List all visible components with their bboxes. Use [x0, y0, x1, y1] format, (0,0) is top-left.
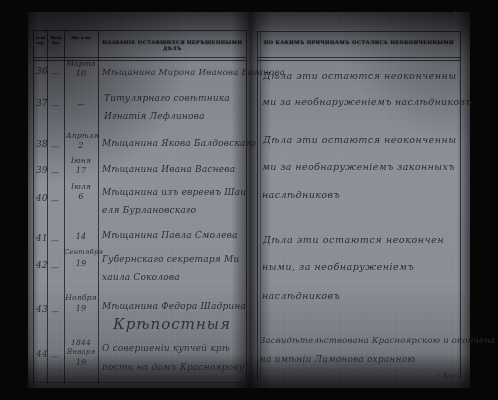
entry-line: пости на домъ Красноярову — [102, 363, 244, 373]
row-number: 37 — [36, 99, 48, 109]
handwritten-entry: Дѣла эти остаются неоконченны — [263, 135, 457, 146]
entry-line: Мѣщанина Якова Балдовскаго — [102, 139, 256, 149]
row-date: 14 — [66, 232, 96, 241]
entry-line: хаила Соколова — [102, 273, 180, 283]
row-date: Сентября — [64, 248, 98, 256]
entry-line: Мѣщанина Мирона Иванова Ваганова — [102, 68, 285, 78]
row-date: 19 — [66, 259, 96, 268]
entry-line: Мѣщанина Ивана Васнева — [102, 165, 235, 175]
left-table-bottom-rule — [33, 382, 246, 383]
row-date: 19 — [66, 304, 96, 313]
row-number: 43 — [36, 305, 48, 315]
row-date: 6 — [66, 192, 96, 201]
row-number: 41 — [36, 234, 48, 244]
row-date: Апрѣля — [66, 131, 96, 140]
section-heading: Крѣпостныя — [98, 315, 246, 333]
left-column-rule — [64, 30, 65, 384]
entry-line: Игнатія Лефлинова — [104, 112, 205, 122]
entry-line: Мѣщанина изъ евреевъ Шаи — [102, 188, 246, 198]
left-column-rule — [47, 30, 48, 384]
row-dash: — — [51, 263, 59, 272]
right-margin-rule — [257, 31, 258, 382]
row-date: 10 — [66, 69, 96, 78]
row-date: 1844 — [66, 338, 96, 347]
row-date: Іюля — [66, 182, 96, 191]
left-header-col-no: № по пор. — [34, 36, 47, 56]
entry-line: Титулярнаго совѣтника — [104, 94, 230, 104]
right-header-rule-2 — [257, 60, 460, 61]
entry-line: Мѣщанина Федора Шадрина — [102, 302, 246, 312]
row-dash: — — [51, 101, 59, 110]
row-date: Іюня — [66, 156, 96, 165]
folio-number: 9. — [452, 11, 459, 19]
row-date: 17 — [66, 166, 96, 175]
right-margin-rule-inner — [260, 31, 261, 382]
scanned-ledger-photo: № по пор. Число бум. Мѣс. и чис. НАЗВАНІ… — [0, 0, 498, 400]
left-header-col-date: Мѣс. и чис. — [65, 36, 98, 56]
right-table-top-rule — [257, 31, 460, 32]
row-dash: — — [51, 236, 59, 245]
row-dash: — — [51, 69, 59, 78]
handwritten-entry: ми за необнаруженіемъ законныхъ — [262, 162, 455, 173]
handwritten-entry: Дѣла эти остаются неоконченны — [263, 71, 457, 82]
handwritten-entry: ными, за необнаруженіемъ — [262, 262, 414, 273]
handwritten-entry: ми за необнаруженіемъ наслѣдниковъ — [262, 97, 472, 108]
row-dash: — — [51, 142, 59, 151]
row-number: 36 — [36, 67, 48, 77]
handwritten-entry: Засвидѣтельствована Красноярскою и оконч… — [260, 336, 495, 346]
row-number: 44 — [36, 350, 48, 360]
entry-line: Мѣщанина Павла Смолева — [102, 231, 238, 241]
row-date: — — [66, 100, 96, 109]
right-page-header-title: ПО КАКИМЪ ПРИЧИНАМЪ ОСТАЛИСЬ НЕОКОНЧЕННЫ… — [262, 40, 456, 46]
row-date: 2 — [66, 141, 96, 150]
right-edge-rule — [460, 31, 461, 379]
left-column-rule — [33, 30, 34, 384]
left-column-rule — [246, 30, 247, 384]
row-date: Ноября — [65, 293, 97, 302]
right-header-rule-1 — [257, 57, 460, 58]
row-date: 19 — [66, 358, 96, 367]
row-number: 42 — [36, 261, 48, 271]
row-date: Марта — [66, 59, 96, 68]
handwritten-entry: на имѣніи Лимонова охранною — [260, 355, 415, 365]
row-number: 39 — [36, 166, 48, 176]
left-header-col-c2: Число бум. — [48, 36, 64, 56]
entry-line: еля Бурлановскаго — [102, 206, 196, 216]
row-date: Января — [65, 348, 97, 356]
row-number: 38 — [36, 140, 48, 150]
handwritten-entry: наслѣдниковъ — [262, 190, 340, 201]
clerk-signature: с Коп. — [436, 371, 461, 380]
row-dash: — — [51, 307, 59, 316]
row-number: 40 — [36, 194, 48, 204]
handwritten-entry: наслѣдниковъ — [262, 291, 340, 302]
row-dash: — — [51, 352, 59, 361]
left-page-header-title: НАЗВАНІЕ ОСТАВШИХСЯ НЕРѢШЕННЫМИ ДѢЛЪ — [99, 40, 246, 52]
entry-line: Губернскаго секретаря Ми — [102, 255, 239, 265]
handwritten-entry: Дѣла эти остаются неокончен — [263, 235, 444, 246]
row-dash: — — [51, 196, 59, 205]
row-dash: — — [51, 168, 59, 177]
entry-line: О совершеніи купчей крѣ — [102, 344, 230, 354]
